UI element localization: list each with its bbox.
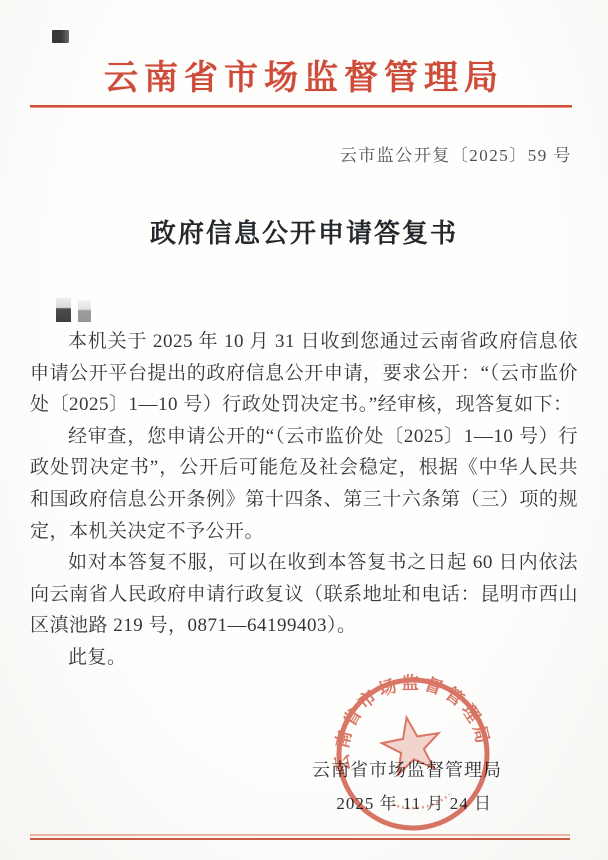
paragraph-receipt: 本机关于 2025 年 10 月 31 日收到您通过云南省政府信息依申请公开平台… xyxy=(30,326,578,421)
addressee-name-redaction xyxy=(56,298,91,324)
signature-date: 2025 年 11 月 24 日 xyxy=(336,789,492,814)
footer-line-thin xyxy=(30,834,570,836)
scanned-letter-page: 云南省市场监督管理局 云市监公开复〔2025〕59 号 政府信息公开申请答复书 … xyxy=(0,0,608,860)
official-red-seal: 云南省市场监督管理局 xyxy=(315,656,512,853)
letterhead-divider-line xyxy=(30,105,572,108)
footer-double-line xyxy=(30,834,570,840)
letterhead-agency-name: 云南省市场监督管理局 xyxy=(0,50,608,99)
paragraph-decision: 经审查，您申请公开的“（云市监价处〔2025〕1—10 号）行政处罚决定书”，公… xyxy=(30,421,578,547)
footer-line-thick xyxy=(30,838,570,840)
redaction-block-light xyxy=(78,300,91,322)
paragraph-closing: 此复。 xyxy=(30,642,578,674)
signature-agency-name: 云南省市场监督管理局 xyxy=(312,756,502,782)
letter-body: 本机关于 2025 年 10 月 31 日收到您通过云南省政府信息依申请公开平台… xyxy=(30,326,578,674)
seal-ring xyxy=(327,668,498,839)
redaction-mark-top xyxy=(52,30,69,43)
document-title: 政府信息公开申请答复书 xyxy=(0,213,608,250)
paragraph-appeal: 如对本答复不服，可以在收到本答复书之日起 60 日内依法向云南省人民政府申请行政… xyxy=(30,547,578,642)
document-number: 云市监公开复〔2025〕59 号 xyxy=(340,141,572,166)
redaction-block-dark xyxy=(56,298,71,322)
